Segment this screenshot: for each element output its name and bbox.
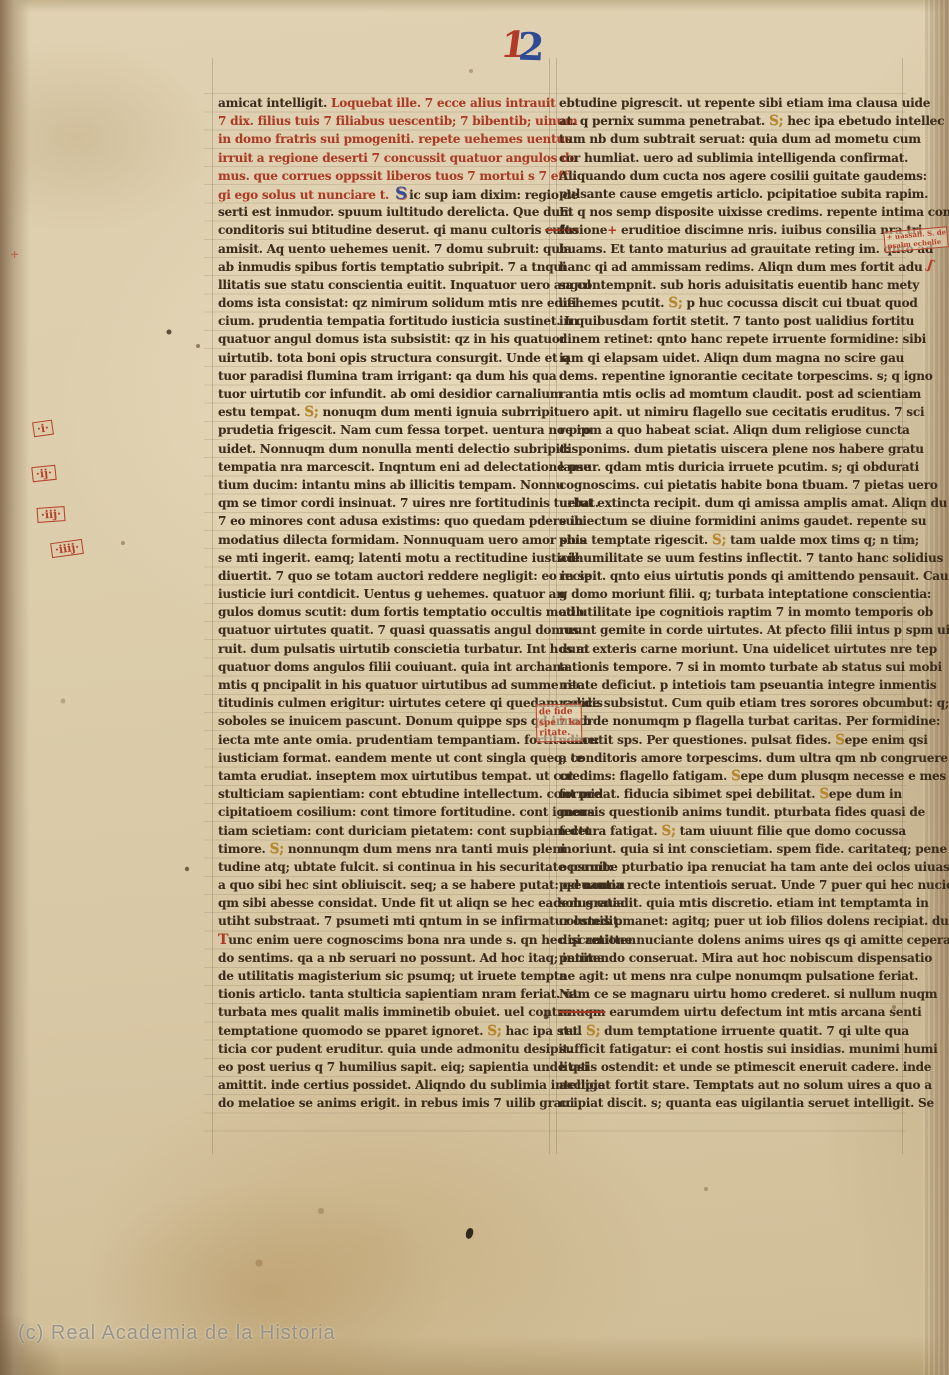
body-text: p huc cocussa discit cui tbuat quod <box>683 296 918 310</box>
body-text: ticia cor pudent eruditur. quia unde adm… <box>218 1042 572 1056</box>
body-text: dum exteris carne moriunt. Una uidelicet… <box>559 642 937 656</box>
body-text: formidat. fiducia sibimet spei debilitat… <box>559 787 819 801</box>
body-text: tationis tempore. 7 si in momto turbate … <box>559 660 942 674</box>
body-text: quatuor angul domus ista subsistit: qz i… <box>218 332 566 346</box>
text-line: formidat. fiducia sibimet spei debilitat… <box>559 785 901 803</box>
text-line: subiectum se diuine formidini anims gaud… <box>559 512 901 530</box>
body-text: pulsante cause emgetis articlo. pcipitat… <box>559 187 928 201</box>
rubric-text: in domo fratris sui pmogeniti. repete ue… <box>218 132 571 146</box>
text-line: Nam ce se magnaru uirtu homo crederet. s… <box>559 985 901 1003</box>
body-text: gulos domus scutit: dum fortis temptatio… <box>218 605 584 619</box>
rubric-text: + <box>607 223 617 237</box>
text-line: quatuor doms angulos filii couiuant. qui… <box>218 658 548 676</box>
body-text: tuor paradisi flumina tram irrigant: qa … <box>218 369 556 383</box>
text-line: uirtutib. tota boni opis structura consu… <box>218 349 548 367</box>
text-line: sufficit fatigatur: ei cont hostis sui i… <box>559 1040 901 1058</box>
body-text: uidet. Nonnuqm dum nonulla menti delecti… <box>218 442 569 456</box>
text-line: uero apit. ut nimiru flagello sue cecita… <box>559 403 901 421</box>
text-line: serti est inmudor. spuum iultitudo derel… <box>218 203 548 221</box>
body-text: sufficit fatigatur: ei cont hostis sui i… <box>559 1042 938 1056</box>
text-line: soboles se inuicem pascunt. Donum quippe… <box>218 712 548 730</box>
gold-initial: S; <box>769 113 783 129</box>
text-line: adhumilitate se uum festins inflectit. 7… <box>559 549 901 567</box>
body-text: iusticiam format. eandem mente ut cont s… <box>218 751 583 765</box>
body-text: tam uiuunt filie que domo cocussa <box>676 824 906 838</box>
text-line: fusione+ eruditioe discimne nris. iuibus… <box>559 221 901 239</box>
text-line: radice subsistut. Cum quib etiam tres so… <box>559 694 901 712</box>
text-line: qm sibi abesse considat. Unde fit ut ali… <box>218 894 548 912</box>
text-line: titudinis culmen erigitur: uirtutes cete… <box>218 694 548 712</box>
body-text: buams. Et tanto maturius ad grauitate re… <box>559 242 933 256</box>
text-line: quatuor angul domus ista subsistit: qz i… <box>218 330 548 348</box>
body-text: cor humliat. uero ad sublimia intelligen… <box>559 151 908 165</box>
text-line: incorde nonumqm p flagella turbat carita… <box>559 712 901 730</box>
text-line: llitatis sue statu conscientia euitit. I… <box>218 276 548 294</box>
text-line: iam qi elapsam uidet. Aliqn dum magna no… <box>559 349 901 367</box>
text-column-right: ebtudine pigrescit. ut repente sibi etia… <box>559 94 901 1113</box>
gold-initial: S <box>731 768 741 784</box>
margin-numeral-2: ·ij· <box>31 465 56 482</box>
body-text: incorde nonumqm p flagella turbat carita… <box>559 714 940 728</box>
rubric-text: Loquebat ille. 7 ecce alius intrauit <box>331 96 555 110</box>
text-line: unuqm earumdem uirtu defectum int mtis a… <box>559 1003 901 1021</box>
gold-initial: S; <box>712 532 726 548</box>
text-line: tuor paradisi flumina tram irrigant: qa … <box>218 367 548 385</box>
rubric-text: 7 dix. filius tuis 7 filiabus uescentib;… <box>218 114 577 128</box>
body-text: hanc qi ad ammissam redims. Aliqn dum me… <box>559 260 923 274</box>
vertical-ruling <box>212 58 213 1154</box>
body-text: uehemes pcutit. <box>559 296 668 310</box>
body-text: epe enim qsi <box>845 733 928 747</box>
text-line: uidet. Nonnuqm dum nonulla menti delecti… <box>218 440 548 458</box>
text-line: tamta erudiat. inseptem mox uirtutibus t… <box>218 767 548 785</box>
text-line: temptatione quomodo se pparet ignoret. S… <box>218 1022 548 1040</box>
body-text: dems. repentine ignorantie cecitate torp… <box>559 369 933 383</box>
body-text: fectura fatigat. <box>559 824 661 838</box>
text-line: columis pmanet: agitq; puer ut iob filio… <box>559 912 901 930</box>
text-line: disponims. dum pietatis uiscera plene no… <box>559 440 901 458</box>
copyright-watermark: (c) Real Academia de la Historia <box>18 1322 336 1345</box>
body-text: cium. prudentia tempatia fortitudo iusti… <box>218 314 578 328</box>
body-text: ebtudine pigrescit. ut repente sibi etia… <box>559 96 930 110</box>
text-column-left: amicat intelligit. Loquebat ille. 7 ecce… <box>218 94 548 1113</box>
ink-specks <box>0 0 2 2</box>
body-text: columis pmanet: agitq; puer ut iob filio… <box>559 914 949 928</box>
illuminated-initial: S <box>395 184 407 204</box>
body-text: stulticiam sapientiam: cont ebtudine int… <box>218 787 601 801</box>
text-line: nitate deficiut. p intetiois tam pseuant… <box>559 676 901 694</box>
body-text: amisit. Aq uento uehemes uenit. 7 domu s… <box>218 242 572 256</box>
body-text: conditoris sui btitudine deserut. qi man… <box>218 223 545 237</box>
text-line: tudine atq; ubtate fulcit. si continua i… <box>218 858 548 876</box>
text-line: cognoscims. cui pietatis habite bona tbu… <box>559 476 901 494</box>
text-line: cor humliat. uero ad sublimia intelligen… <box>559 149 901 167</box>
body-text: lamur. qdam mtis duricia irruete pcutim.… <box>559 460 919 474</box>
text-line: tempatia nra marcescit. Inqntum eni ad d… <box>218 458 548 476</box>
text-line: irruit a regione deserti 7 concussit qua… <box>218 149 548 167</box>
text-line: tum nb dum subtrait seruat: quia dum ad … <box>559 130 901 148</box>
body-text: eruditioe discimne nris. iuibus consilia… <box>617 223 922 237</box>
body-text: nitate deficiut. p intetiois tam pseuant… <box>559 678 936 692</box>
text-line: iecta mte ante omia. prudentiam tempanti… <box>218 731 548 749</box>
text-line: at. q pernix summa penetrabat. S; hec ip… <box>559 112 901 130</box>
text-line: ad utilitate ipe cognitiois raptim 7 in … <box>559 603 901 621</box>
text-line: pseuantia recte intentiois seruat. Unde … <box>559 876 901 894</box>
body-text: quatuor doms angulos filii couiuant. qui… <box>218 660 569 674</box>
body-text: rantia mtis oclis ad momtum claudit. pos… <box>559 387 921 401</box>
text-line: do melatioe se anims erigit. in rebus im… <box>218 1094 548 1112</box>
body-text: qm se timor cordi insinuat. 7 uires nre … <box>218 496 599 510</box>
text-line: uehemes pcutit. S; p huc cocussa discit … <box>559 294 901 312</box>
text-line: occumbe pturbatio ipa renuciat ha tam an… <box>559 858 901 876</box>
text-line: concutit sps. Per questiones. pulsat fid… <box>559 731 901 749</box>
text-line: a quo sibi hec sint obliuiscit. seq; a s… <box>218 876 548 894</box>
text-line: de utilitatis magisterium sic psumq; ut … <box>218 967 548 985</box>
folio-digit-blue: 2 <box>517 24 545 70</box>
gold-initial: S; <box>586 1023 600 1039</box>
body-text: mensis questionib anims tundit. pturbata… <box>559 805 925 819</box>
text-line: stulticiam sapientiam: cont ebtudine int… <box>218 785 548 803</box>
text-line: ccipiat discit. s; quanta eas uigilantia… <box>559 1094 901 1112</box>
struck-text: unuqm <box>559 1005 605 1019</box>
gold-initial: S <box>819 786 829 802</box>
body-text: radice subsistut. Cum quib etiam tres so… <box>559 696 949 710</box>
folio-number: 1 2 <box>501 24 545 69</box>
body-text: prudetia frigescit. Nam cum fessa torpet… <box>218 423 591 437</box>
body-text: temptatione quomodo se pparet ignoret. <box>218 1024 487 1038</box>
body-text: epe dum in <box>829 787 902 801</box>
text-line: conditoris sui btitudine deserut. qi man… <box>218 221 548 239</box>
text-line: cium. prudentia tempatia fortitudo iusti… <box>218 312 548 330</box>
text-line: ruunt gemite in corde uirtutes. At pfect… <box>559 621 901 639</box>
body-text: Nam ce se magnaru uirtu homo crederet. s… <box>559 987 937 1001</box>
body-text: concutit sps. Per questiones. pulsat fid… <box>559 733 835 747</box>
body-text: credims: flagello fatigam. <box>559 769 731 783</box>
text-line: penitendo conseruat. Mira aut hoc nobisc… <box>559 949 901 967</box>
gold-initial: S; <box>668 295 682 311</box>
text-line: recipit. qnto eius uirtutis ponds qi ami… <box>559 567 901 585</box>
gold-initial: S <box>835 732 845 748</box>
text-line: mensis questionib anims tundit. pturbata… <box>559 803 901 821</box>
body-text: diuertit. 7 quo se totam auctori reddere… <box>218 569 592 583</box>
body-text: tam ualde mox tims q; n tim; <box>726 533 919 547</box>
text-line: solus euadit. quia mtis discretio. etiam… <box>559 894 901 912</box>
body-text: g domo moriunt filii. q; turbata intepta… <box>559 587 931 601</box>
rubric-text: gi ego solus ut nunciare t. <box>218 188 393 202</box>
text-line: ticia cor pudent eruditur. quia unde adm… <box>218 1040 548 1058</box>
body-text: tionis articlo. tanta stulticia sapienti… <box>218 987 578 1001</box>
text-line: pbia temptate rigescit. S; tam ualde mox… <box>559 531 901 549</box>
text-line: ne agit: ut mens nra culpe nonumqm pulsa… <box>559 967 901 985</box>
text-line: accipiat fortit stare. Temptats aut no s… <box>559 1076 901 1094</box>
body-text: solus euadit. quia mtis discretio. etiam… <box>559 896 929 910</box>
body-text: doms ista consistat: qz nimirum solidum … <box>218 296 576 310</box>
body-text: ret. <box>559 1024 586 1038</box>
text-line: tium ducim: intantu mins ab illicitis te… <box>218 476 548 494</box>
body-text: subiectum se diuine formidini anims gaud… <box>559 514 926 528</box>
gold-initial: S; <box>661 823 675 839</box>
text-line: buams. Et tanto maturius ad grauitate re… <box>559 240 901 258</box>
body-text: iusticie iuri contdicit. Uentus g ueheme… <box>218 587 565 601</box>
body-text: turbata mes qualit malis imminetib obuie… <box>218 1005 571 1019</box>
body-text: dinem retinet: qnto hanc repete irruente… <box>559 332 926 346</box>
text-line: dems. repentine ignorantie cecitate torp… <box>559 367 901 385</box>
gold-initial: S; <box>304 404 318 420</box>
body-text: do melatioe se anims erigit. in rebus im… <box>218 1096 574 1110</box>
body-text: disponims. dum pietatis uiscera plene no… <box>559 442 924 456</box>
body-text: ne agit: ut mens nra culpe nonumqm pulsa… <box>559 969 918 983</box>
body-text: uero apit. ut nimiru flagello sue cecita… <box>559 405 924 419</box>
text-line: in quibusdam fortit stetit. 7 tanto post… <box>559 312 901 330</box>
text-line: dinem retinet: qnto hanc repete irruente… <box>559 330 901 348</box>
text-line: se mti ingerit. eamq; latenti motu a rec… <box>218 549 548 567</box>
body-text: tudine atq; ubtate fulcit. si continua i… <box>218 860 613 874</box>
text-line: cipitatioem cosilium: cont timore fortit… <box>218 803 548 821</box>
marginal-gloss-de-fide: de fide spe 7 ka ritate. <box>536 704 583 742</box>
text-line: estu tempat. S; nonuqm dum menti ignuia … <box>218 403 548 421</box>
text-line: ret. S; dum temptatione irruente quatit.… <box>559 1022 901 1040</box>
body-text: penitendo conseruat. Mira aut hoc nobisc… <box>559 951 932 965</box>
text-line: gi ego solus ut nunciare t. Sic sup iam … <box>218 185 548 203</box>
text-line: turbata mes qualit malis imminetib obuie… <box>218 1003 548 1021</box>
text-line: tuor uirtutib cor infundit. ab omi desid… <box>218 385 548 403</box>
body-text: ruit. dum pulsatis uirtutib conscietia t… <box>218 642 589 656</box>
red-cross-mark: + <box>10 248 19 261</box>
body-text: se mti ingerit. eamq; latenti motu a rec… <box>218 551 580 565</box>
body-text: recipit. qnto eius uirtutis ponds qi ami… <box>559 569 949 583</box>
rubric-text: irruit a regione deserti 7 concussit qua… <box>218 151 577 165</box>
text-line: moriunt. quia si int conscietiam. spem f… <box>559 840 901 858</box>
margin-numeral-1: ·i· <box>32 420 54 438</box>
text-line: Aliquando dum cucta nos agere cosilii gu… <box>559 167 901 185</box>
margin-numeral-4: ·iiij· <box>50 539 84 558</box>
rubric-initial: T <box>218 932 228 948</box>
text-line: mtis q pncipalit in his quatuor uirtutib… <box>218 676 548 694</box>
body-text: amicat intelligit. <box>218 96 331 110</box>
text-line: lamur. qdam mtis duricia irruete pcutim.… <box>559 458 901 476</box>
text-line: in domo fratris sui pmogeniti. repete ue… <box>218 130 548 148</box>
text-line: amicat intelligit. Loquebat ille. 7 ecce… <box>218 94 548 112</box>
text-line: modatius dilecta formidam. Nonnuquam uer… <box>218 531 548 549</box>
body-text: ruunt gemite in corde uirtutes. At pfect… <box>559 623 949 637</box>
text-line: prudetia frigescit. Nam cum fessa torpet… <box>218 421 548 439</box>
ink-blot-mark <box>465 1227 474 1239</box>
body-text: serti est inmudor. spuum iultitudo derel… <box>218 205 572 219</box>
body-text: adhumilitate se uum festins inflectit. 7… <box>559 551 943 565</box>
body-text: hec ipa ebetudo intellec <box>783 114 944 128</box>
text-line: iusticiam format. eandem mente ut cont s… <box>218 749 548 767</box>
body-text: eo post uerius q 7 humilius sapit. eiq; … <box>218 1060 588 1074</box>
body-text: Aliquando dum cucta nos agere cosilii gu… <box>559 169 927 183</box>
body-text: de utilitatis magisterium sic psumq; ut … <box>218 969 567 983</box>
text-line: re ipm a quo habeat sciat. Aliqn dum rel… <box>559 421 901 439</box>
body-text: quatuor uirtutes quatit. 7 quasi quassat… <box>218 623 579 637</box>
text-line: ruit. dum pulsatis uirtutib conscietia t… <box>218 640 548 658</box>
body-text: tiam scietiam: cont duriciam pietatem: c… <box>218 824 591 838</box>
gold-initial: S; <box>270 841 284 857</box>
text-line: hanc qi ad ammissam redims. Aliqn dum me… <box>559 258 901 276</box>
body-text: dum temptatione irruente quatit. 7 qi ul… <box>600 1024 909 1038</box>
text-line: pulsante cause emgetis articlo. pcipitat… <box>559 185 901 203</box>
body-text: fusione <box>559 223 607 237</box>
text-line: fectura fatigat. S; tam uiuunt filie que… <box>559 822 901 840</box>
body-text: uelut extincta recipit. dum qi amissa am… <box>559 496 947 510</box>
body-text: do sentims. qa a nb seruari no possunt. … <box>218 951 605 965</box>
text-line: iusticie iuri contdicit. Uentus g ueheme… <box>218 585 548 603</box>
text-line: timore. S; nonnunqm dum mens nra tanti m… <box>218 840 548 858</box>
text-line: amisit. Aq uento uehemes uenit. 7 domu s… <box>218 240 548 258</box>
body-text: cognoscims. cui pietatis habite bona tbu… <box>559 478 938 492</box>
body-text: tum nb dum subtrait seruat: quia dum ad … <box>559 132 921 146</box>
text-line: litatis ostendit: et unde se ptimescit e… <box>559 1058 901 1076</box>
rubric-text: mus. que corrues oppssit liberos tuos 7 … <box>218 169 577 183</box>
body-text: modatius dilecta formidam. Nonnuquam uer… <box>218 533 586 547</box>
body-text: discretione nuciante dolens anims uires … <box>559 933 949 947</box>
text-line: uelut extincta recipit. dum qi amissa am… <box>559 494 901 512</box>
text-line: ebtudine pigrescit. ut repente sibi etia… <box>559 94 901 112</box>
body-text: estu tempat. <box>218 405 304 419</box>
body-text: tamta erudiat. inseptem mox uirtutibus t… <box>218 769 574 783</box>
margin-numeral-3: ·iij· <box>37 506 66 523</box>
text-line: Tunc enim uere cognoscims bona nra unde … <box>218 931 548 949</box>
text-line: sa contempnit. sub horis aduisitatis eue… <box>559 276 901 294</box>
text-line: tionis articlo. tanta stulticia sapienti… <box>218 985 548 1003</box>
body-text: pseuantia recte intentiois seruat. Unde … <box>559 878 949 892</box>
text-line: amittit. inde certius possidet. Aliqndo … <box>218 1076 548 1094</box>
body-text: amittit. inde certius possidet. Aliqndo … <box>218 1078 605 1092</box>
body-text: sa contempnit. sub horis aduisitatis eue… <box>559 278 919 292</box>
body-text: 7 eo minores cont adusa existims: quo qu… <box>218 514 583 528</box>
body-text: ad utilitate ipe cognitiois raptim 7 in … <box>559 605 933 619</box>
text-line: a conditoris amore torpescims. dum ultra… <box>559 749 901 767</box>
body-text: nonnunqm dum mens nra tanti muis pleni <box>284 842 565 856</box>
paragraph-mark: 4 <box>543 1008 551 1021</box>
text-line: quatuor uirtutes quatit. 7 quasi quassat… <box>218 621 548 639</box>
body-text: mtis q pncipalit in his quatuor uirtutib… <box>218 678 583 692</box>
text-line: eo post uerius q 7 humilius sapit. eiq; … <box>218 1058 548 1076</box>
body-text: timore. <box>218 842 270 856</box>
text-line: tiam scietiam: cont duriciam pietatem: c… <box>218 822 548 840</box>
text-line: tationis tempore. 7 si in momto turbate … <box>559 658 901 676</box>
text-line: gulos domus scutit: dum fortis temptatio… <box>218 603 548 621</box>
body-text: Et q nos semp disposite uixisse credims.… <box>559 205 949 219</box>
text-line: Et q nos semp disposite uixisse credims.… <box>559 203 901 221</box>
body-text: earumdem uirtu defectum int mtis arcana … <box>605 1005 921 1019</box>
manuscript-scan: 1 2 amicat intelligit. Loquebat ille. 7 … <box>0 0 949 1375</box>
text-line: doms ista consistat: qz nimirum solidum … <box>218 294 548 312</box>
body-text: a conditoris amore torpescims. dum ultra… <box>559 751 948 765</box>
body-text: accipiat fortit stare. Temptats aut no s… <box>559 1078 932 1092</box>
text-line: do sentims. qa a nb seruari no possunt. … <box>218 949 548 967</box>
text-line: dum exteris carne moriunt. Una uidelicet… <box>559 640 901 658</box>
text-line: mus. que corrues oppssit liberos tuos 7 … <box>218 167 548 185</box>
body-text: ccipiat discit. s; quanta eas uigilantia… <box>559 1096 934 1110</box>
body-text: at. q pernix summa penetrabat. <box>559 114 769 128</box>
body-text: iam qi elapsam uidet. Aliqn dum magna no… <box>559 351 904 365</box>
body-text: tium ducim: intantu mins ab illicitis te… <box>218 478 564 492</box>
text-line: diuertit. 7 quo se totam auctori reddere… <box>218 567 548 585</box>
body-text: tuor uirtutib cor infundit. ab omi desid… <box>218 387 562 401</box>
body-text: litatis ostendit: et unde se ptimescit e… <box>559 1060 931 1074</box>
text-line: discretione nuciante dolens anims uires … <box>559 931 901 949</box>
text-line: utiht substraat. 7 psumeti mti qntum in … <box>218 912 548 930</box>
text-line: 7 eo minores cont adusa existims: quo qu… <box>218 512 548 530</box>
body-text: in quibusdam fortit stetit. 7 tanto post… <box>559 314 914 328</box>
body-text: epe dum plusqm necesse e mes <box>741 769 946 783</box>
body-text: occumbe pturbatio ipa renuciat ha tam an… <box>559 860 949 874</box>
body-text: ab inmudis spibus fortis temptatio subri… <box>218 260 566 274</box>
gold-initial: S; <box>487 1023 501 1039</box>
body-text: llitatis sue statu conscientia euitit. I… <box>218 278 591 292</box>
body-text: re ipm a quo habeat sciat. Aliqn dum rel… <box>559 423 910 437</box>
text-line: ab inmudis spibus fortis temptatio subri… <box>218 258 548 276</box>
body-text: pbia temptate rigescit. <box>559 533 712 547</box>
body-text: nonuqm dum menti ignuia subrripit: <box>319 405 564 419</box>
body-text: tempatia nra marcescit. Inqntum eni ad d… <box>218 460 591 474</box>
text-line: qm se timor cordi insinuat. 7 uires nre … <box>218 494 548 512</box>
body-text: uirtutib. tota boni opis structura consu… <box>218 351 570 365</box>
text-line: rantia mtis oclis ad momtum claudit. pos… <box>559 385 901 403</box>
body-text: moriunt. quia si int conscietiam. spem f… <box>559 842 947 856</box>
text-line: credims: flagello fatigam. Sepe dum plus… <box>559 767 901 785</box>
body-text: cipitatioem cosilium: cont timore fortit… <box>218 805 595 819</box>
text-line: g domo moriunt filii. q; turbata intepta… <box>559 585 901 603</box>
text-line: 7 dix. filius tuis 7 filiabus uescentib;… <box>218 112 548 130</box>
body-text: ic sup iam dixim: regio de <box>409 188 578 202</box>
